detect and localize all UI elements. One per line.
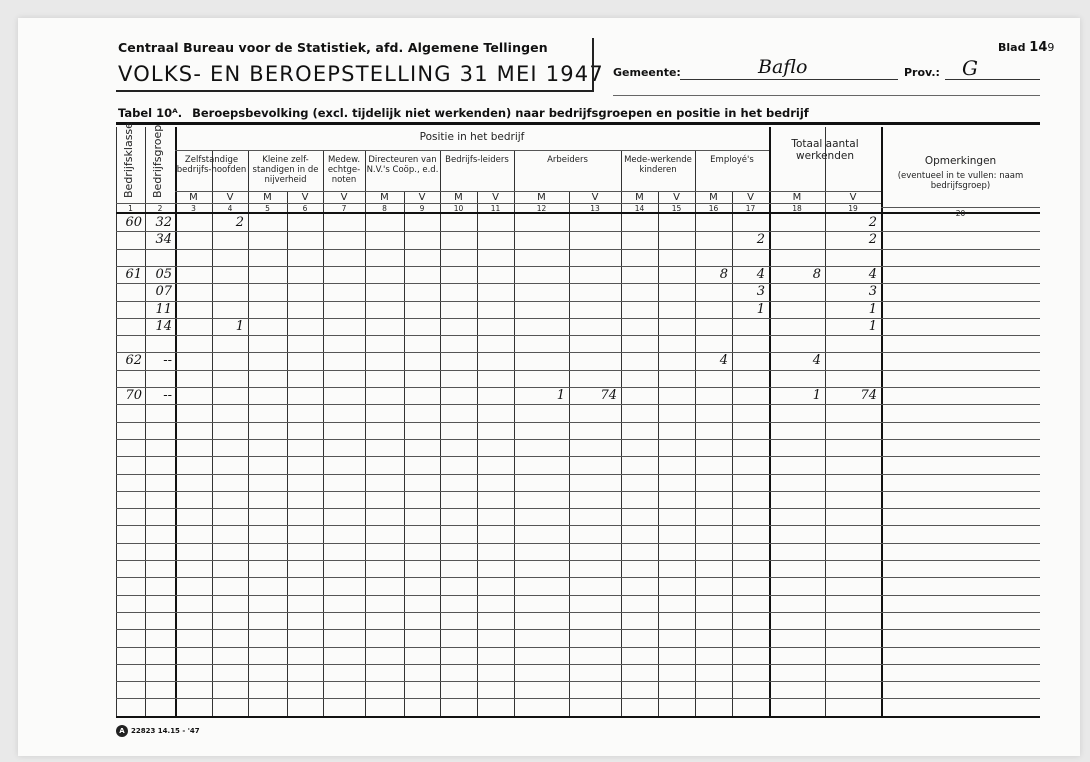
- col-number: 7: [323, 204, 365, 213]
- column-rule: [477, 191, 478, 716]
- col-number: 20: [881, 209, 1040, 218]
- count-cell-col-19[interactable]: 74: [825, 388, 877, 403]
- bedrijfsgroep-cell[interactable]: 34: [145, 232, 172, 247]
- row-rule: [116, 352, 1040, 353]
- row-rule: [116, 283, 1040, 284]
- row-rule: [116, 266, 1040, 267]
- count-cell-col-16[interactable]: 8: [695, 267, 728, 282]
- group-rule: [175, 150, 769, 151]
- positie-header: Positie in het bedrijf: [175, 131, 769, 143]
- sex-subheader: M: [175, 192, 212, 203]
- sex-subheader: M: [769, 192, 825, 203]
- count-cell-col-17[interactable]: 4: [732, 267, 765, 282]
- sex-subheader: V: [569, 192, 621, 203]
- col-number: 11: [477, 204, 514, 213]
- position-column-header: Zelfstandige bedrijfs-hoofden: [175, 155, 248, 175]
- col-number: 15: [658, 204, 695, 213]
- position-column-header: Bedrijfs-leiders: [440, 155, 514, 165]
- bottom-rule: [116, 716, 1040, 718]
- row-rule: [116, 231, 1040, 232]
- count-cell-col-19[interactable]: 3: [825, 284, 877, 299]
- count-cell-col-13[interactable]: 74: [569, 388, 617, 403]
- row-rule: [116, 508, 1040, 509]
- col-number: 3: [175, 204, 212, 213]
- bedrijfsklasse-header: Bedrijfsklasse: [122, 122, 135, 198]
- census-table: BedrijfsklasseBedrijfsgroep12Positie in …: [0, 0, 1090, 762]
- col-number: 6: [287, 204, 323, 213]
- row-rule: [116, 249, 1040, 250]
- col-number: 1: [116, 204, 145, 213]
- sex-subheader: M: [440, 192, 477, 203]
- count-cell-col-19[interactable]: 1: [825, 302, 877, 317]
- col-number: 14: [621, 204, 658, 213]
- count-cell-col-18[interactable]: 1: [769, 388, 821, 403]
- sex-subheader: V: [477, 192, 514, 203]
- col-number: 4: [212, 204, 248, 213]
- column-rule: [212, 150, 213, 716]
- count-cell-col-17[interactable]: 1: [732, 302, 765, 317]
- col-number: 18: [769, 204, 825, 213]
- row-rule: [116, 664, 1040, 665]
- column-rule: [514, 150, 515, 716]
- column-rule: [621, 150, 622, 716]
- row-rule: [116, 629, 1040, 630]
- row-rule: [116, 525, 1040, 526]
- sex-subheader: M: [514, 192, 569, 203]
- col-number: 19: [825, 204, 881, 213]
- count-cell-col-16[interactable]: 4: [695, 353, 728, 368]
- col-number: 16: [695, 204, 732, 213]
- bedrijfsgroep-cell[interactable]: 11: [145, 302, 172, 317]
- count-cell-col-18[interactable]: 4: [769, 353, 821, 368]
- row-rule: [116, 318, 1040, 319]
- row-rule: [116, 422, 1040, 423]
- bedrijfsgroep-cell[interactable]: 05: [145, 267, 172, 282]
- row-rule: [116, 560, 1040, 561]
- print-footer: A 22823 14.15 - '47: [116, 725, 200, 737]
- column-rule: [248, 150, 249, 716]
- row-rule: [116, 491, 1040, 492]
- bedrijfsgroep-cell[interactable]: --: [145, 353, 172, 368]
- count-cell-col-4[interactable]: 2: [212, 215, 244, 230]
- position-column-header: Arbeiders: [514, 155, 621, 165]
- col-number: 8: [365, 204, 404, 213]
- sex-subheader: V: [732, 192, 769, 203]
- row-rule: [116, 595, 1040, 596]
- count-cell-col-18[interactable]: 8: [769, 267, 821, 282]
- column-rule: [658, 191, 659, 716]
- sex-subheader: M: [621, 192, 658, 203]
- bedrijfsgroep-cell[interactable]: --: [145, 388, 172, 403]
- col-number: 13: [569, 204, 621, 213]
- row-rule: [116, 335, 1040, 336]
- row-rule: [116, 647, 1040, 648]
- row-rule: [116, 370, 1040, 371]
- count-cell-col-17[interactable]: 2: [732, 232, 765, 247]
- position-column-header: Directeuren van N.V.'s Coöp., e.d.: [365, 155, 440, 175]
- opmerkingen-header: Opmerkingen: [881, 155, 1040, 167]
- col-number: 9: [404, 204, 440, 213]
- row-rule: [116, 474, 1040, 475]
- sex-subheader: V: [323, 192, 365, 203]
- row-rule: [116, 439, 1040, 440]
- row-rule: [116, 577, 1040, 578]
- column-rule: [287, 191, 288, 716]
- col-number: 12: [514, 204, 569, 213]
- position-column-header: Mede-werkende kinderen: [621, 155, 695, 175]
- bedrijfsgroep-cell[interactable]: 14: [145, 319, 172, 334]
- sex-subheader: M: [365, 192, 404, 203]
- row-rule: [116, 612, 1040, 613]
- sex-subheader: V: [212, 192, 248, 203]
- totaal-header: Totaal aantal werkenden: [769, 138, 881, 162]
- column-rule: [695, 150, 696, 716]
- column-rule: [440, 150, 441, 716]
- row-rule: [116, 681, 1040, 682]
- sex-subheader: V: [658, 192, 695, 203]
- col-number: 10: [440, 204, 477, 213]
- sex-subheader: V: [287, 192, 323, 203]
- column-rule: [323, 150, 324, 716]
- bedrijfsklasse-cell[interactable]: 62: [116, 353, 142, 368]
- count-cell-col-19[interactable]: 2: [825, 215, 877, 230]
- col-number: 5: [248, 204, 287, 213]
- sex-subheader: M: [248, 192, 287, 203]
- remarks-rule: [881, 207, 1040, 208]
- count-cell-col-19[interactable]: 4: [825, 267, 877, 282]
- sex-subheader: V: [825, 192, 881, 203]
- row-rule: [116, 456, 1040, 457]
- bedrijfsgroep-cell[interactable]: 32: [145, 215, 172, 230]
- row-rule: [116, 698, 1040, 699]
- row-rule: [116, 543, 1040, 544]
- printer-logo-icon: A: [116, 725, 128, 737]
- count-cell-col-4[interactable]: 1: [212, 319, 244, 334]
- bedrijfsgroep-cell[interactable]: 07: [145, 284, 172, 299]
- position-column-header: Employé's: [695, 155, 769, 165]
- position-column-header: Medew. echtge-noten: [323, 155, 365, 185]
- opmerkingen-note: (eventueel in te vullen: naam bedrijfsgr…: [881, 171, 1040, 191]
- bedrijfsklasse-cell[interactable]: 70: [116, 388, 142, 403]
- position-column-header: Kleine zelf-standigen in de nijverheid: [248, 155, 323, 185]
- bedrijfsgroep-header: Bedrijfsgroep: [151, 125, 164, 198]
- sex-subheader: V: [404, 192, 440, 203]
- count-cell-col-12[interactable]: 1: [514, 388, 565, 403]
- column-rule: [569, 191, 570, 716]
- row-rule: [116, 404, 1040, 405]
- print-code: 22823 14.15 - '47: [131, 727, 200, 735]
- col-number: 2: [145, 204, 175, 213]
- col-number: 17: [732, 204, 769, 213]
- count-cell-col-17[interactable]: 3: [732, 284, 765, 299]
- column-rule: [404, 191, 405, 716]
- row-rule: [116, 301, 1040, 302]
- bedrijfsklasse-cell[interactable]: 60: [116, 215, 142, 230]
- count-cell-col-19[interactable]: 1: [825, 319, 877, 334]
- count-cell-col-19[interactable]: 2: [825, 232, 877, 247]
- bedrijfsklasse-cell[interactable]: 61: [116, 267, 142, 282]
- column-rule: [365, 150, 366, 716]
- sex-subheader: M: [695, 192, 732, 203]
